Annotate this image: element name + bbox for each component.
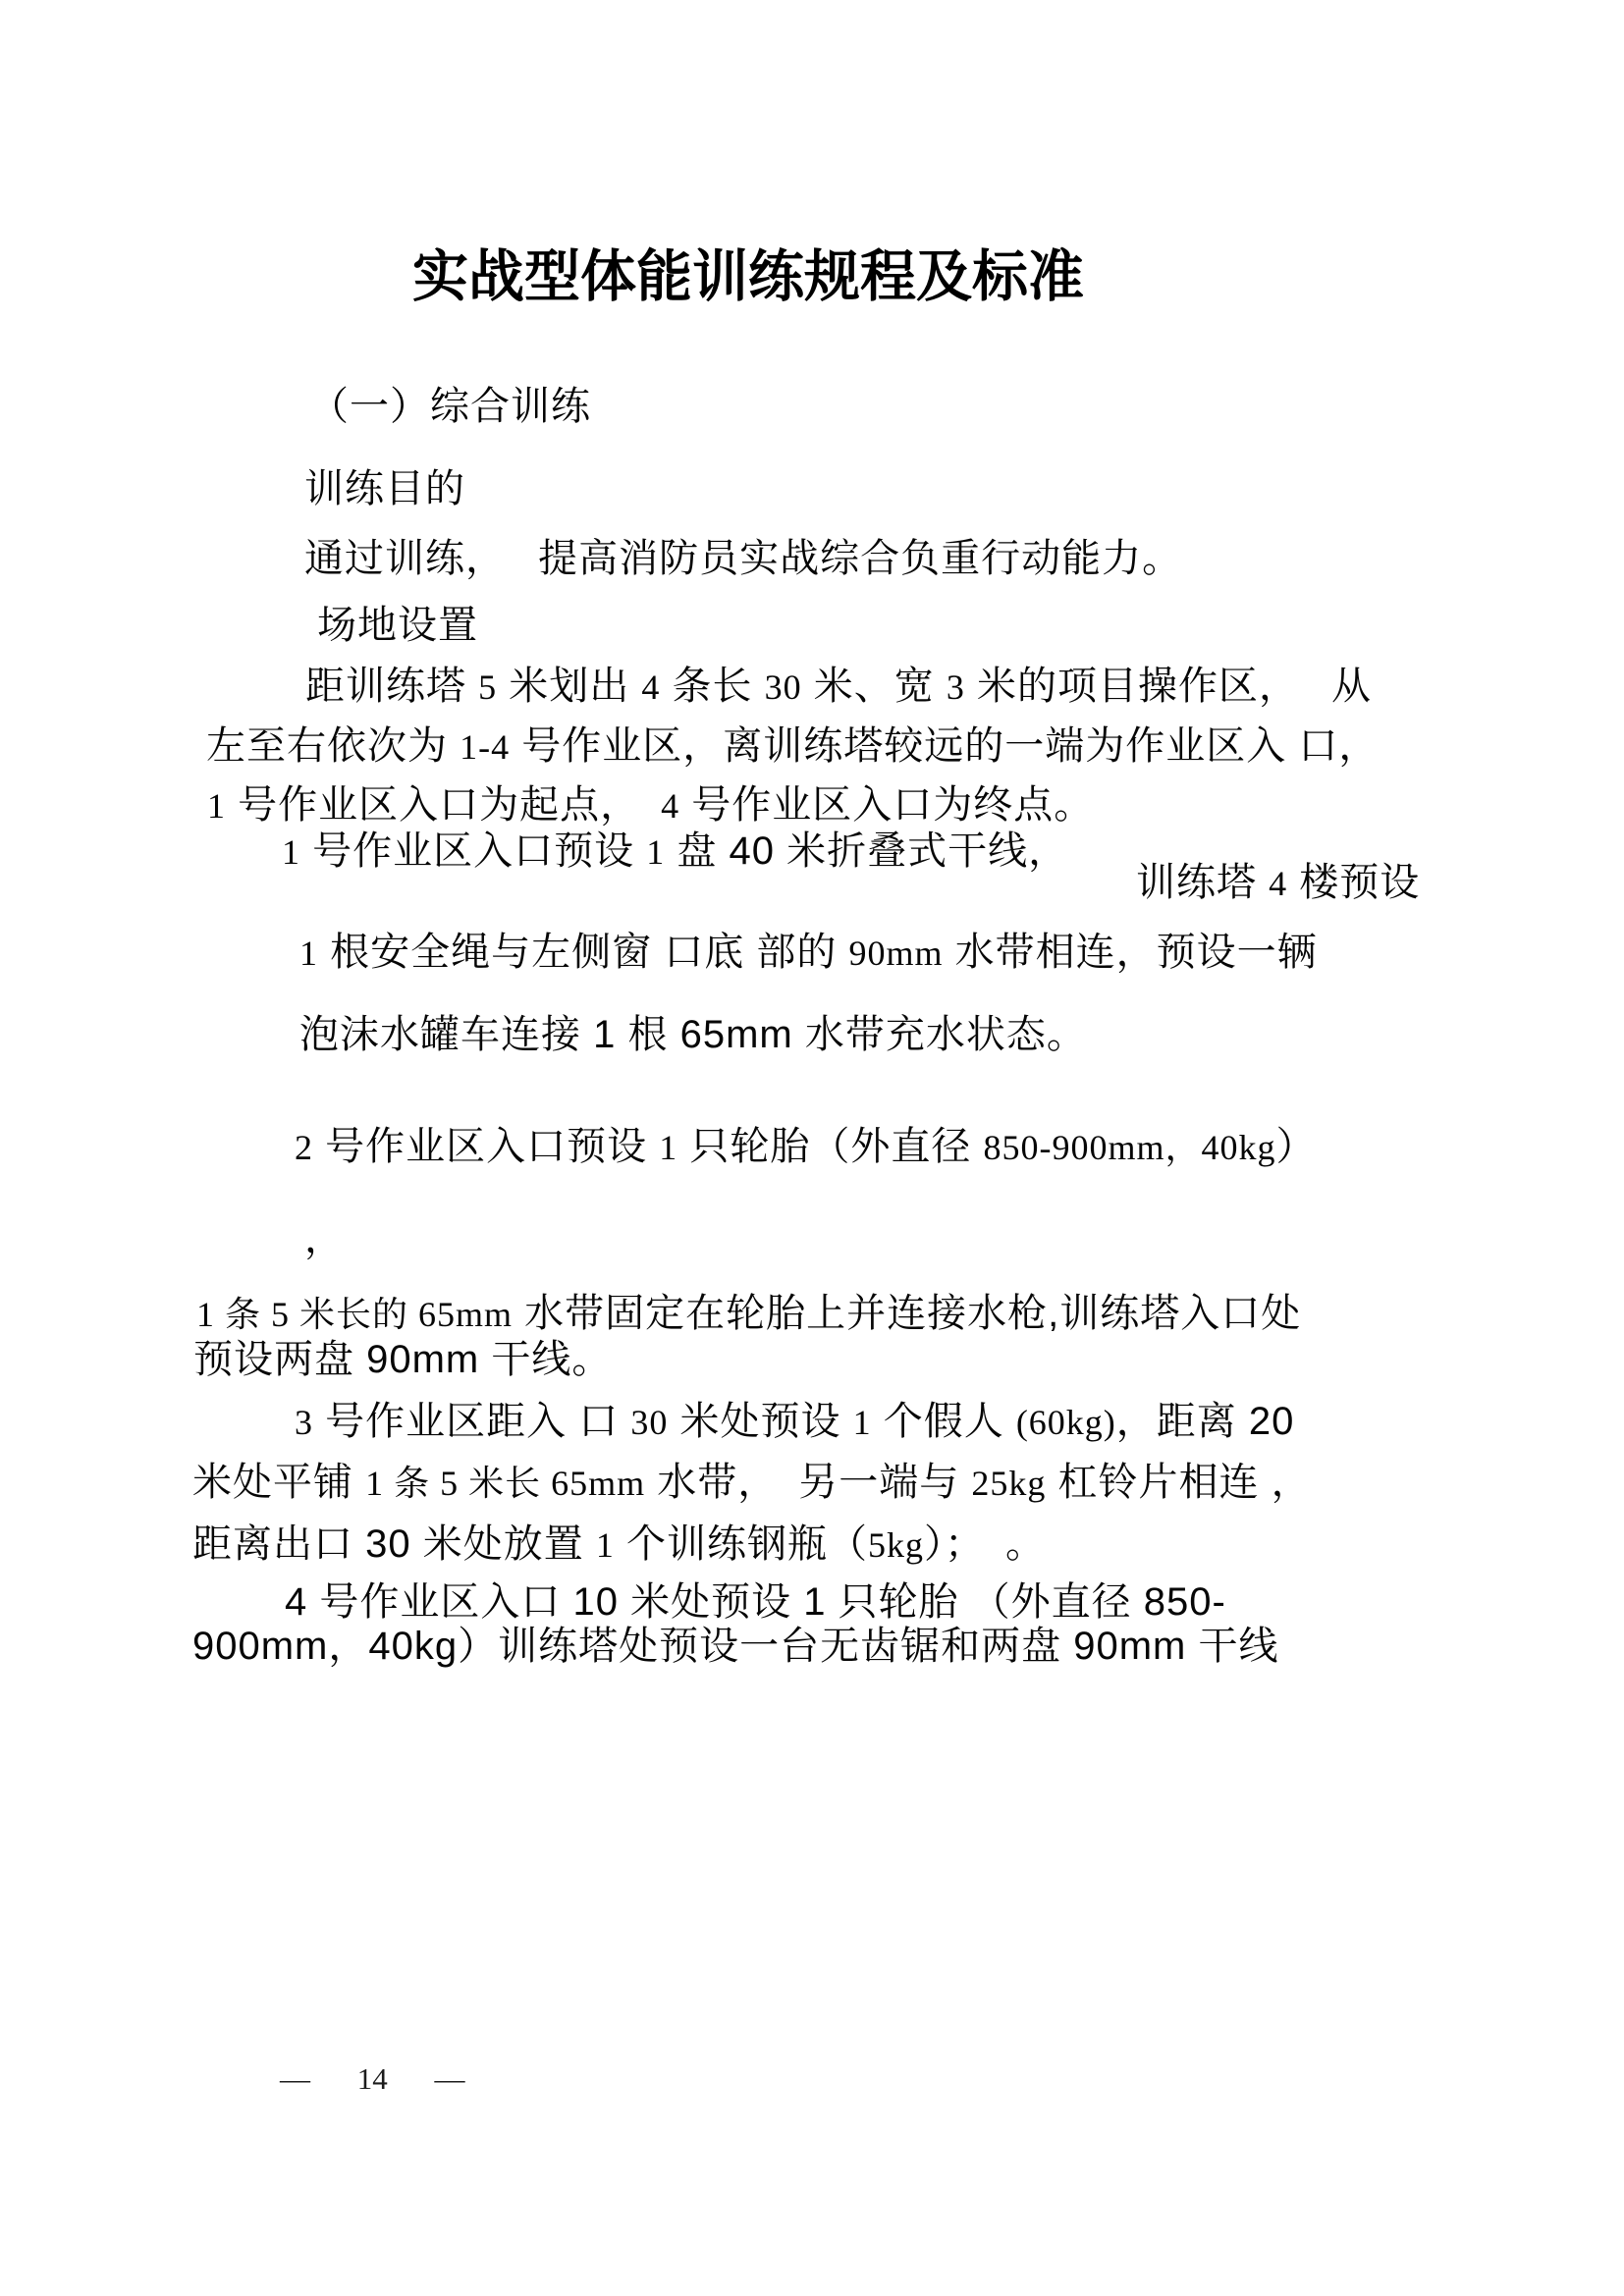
text-line: 训练塔 4 楼预设 — [1136, 861, 1420, 905]
text-run: 根安全绳与左侧窗 口底 部的 — [318, 931, 848, 974]
document-title: 实战型体能训练规程及标准 — [412, 232, 1084, 312]
text-run: 1 — [853, 1403, 872, 1442]
text-run: 训练塔 — [1136, 861, 1269, 904]
text-run: 1 — [646, 832, 665, 872]
text-run: 米划出 — [497, 665, 641, 708]
text-run: 号作业区入口为终点。 — [679, 783, 1094, 827]
text-line: 训练目的 — [304, 467, 465, 511]
text-run: 号作业区入口为起点， — [226, 783, 661, 827]
text-run: 泡沫水罐车连接 1 根 65mm 水带充水状态。 — [299, 1013, 1087, 1056]
text-run: 850-900mm，40kg — [983, 1128, 1275, 1167]
text-run: 预设两盘 90mm 干线。 — [193, 1338, 612, 1381]
text-run: 1 — [282, 832, 300, 872]
text-run: 30 — [630, 1403, 668, 1442]
text-run: 1 — [596, 1525, 615, 1565]
text-line: 距离出口 30 米处放置 1 个训练钢瓶（5kg）； 。 — [192, 1522, 1046, 1567]
text-run: 5 — [478, 667, 497, 707]
text-line: ， — [304, 1217, 345, 1261]
text-line: 米处平铺 1 条 5 米长 65mm 水带， 另一端与 25kg 杠铃片相连 ， — [192, 1461, 1312, 1505]
text-line: 1 号作业区入口预设 1 盘 40 米折叠式干线， — [282, 829, 1068, 874]
text-run: ） — [1275, 1125, 1316, 1168]
text-run: 水带， 另一端与 — [645, 1461, 971, 1504]
text-run: 4 号作业区入口 10 米处预设 1 只轮胎 （外直径 850- — [285, 1580, 1226, 1624]
text-run: 90mm — [848, 934, 943, 973]
text-run: 水带相连，预设一辆 — [943, 931, 1317, 974]
text-run: 个假人 — [872, 1400, 1016, 1443]
text-run: 号作业区入口预设 — [313, 1125, 659, 1168]
text-run: 4 — [641, 667, 660, 707]
text-run: 训练目的 — [304, 467, 465, 510]
text-run: 2 — [295, 1128, 313, 1167]
text-line: 预设两盘 90mm 干线。 — [193, 1338, 612, 1382]
text-line: 3 号作业区距入 口 30 米处预设 1 个假人 (60kg)，距离 20 — [295, 1400, 1294, 1444]
text-line: 1 号作业区入口为起点， 4 号作业区入口为终点。 — [207, 783, 1094, 828]
text-line: 泡沫水罐车连接 1 根 65mm 水带充水状态。 — [299, 1013, 1087, 1057]
text-run: 米的项目操作区， 从 — [965, 665, 1372, 708]
text-run: 号作业区入口预设 — [300, 829, 646, 873]
text-run: 距离出口 30 米处放置 — [192, 1522, 596, 1566]
text-run: 1 条 5 米长 65mm — [365, 1464, 645, 1503]
text-run: 号作业区，离训练塔较远的一端为作业区入 口， — [510, 724, 1379, 768]
text-line: 2 号作业区入口预设 1 只轮胎（外直径 850-900mm，40kg） — [295, 1125, 1316, 1169]
text-run: 米处平铺 — [192, 1461, 365, 1504]
text-run: 杠铃片相连 ， — [1046, 1461, 1311, 1504]
text-run: 条长 — [660, 665, 764, 708]
text-run: 楼预设 — [1287, 861, 1420, 904]
text-line: 左至右依次为 1-4 号作业区，离训练塔较远的一端为作业区入 口， — [206, 724, 1379, 769]
text-run: 距训练塔 — [305, 665, 478, 708]
text-run: ）； 。 — [924, 1522, 1046, 1566]
text-run: 左至右依次为 — [206, 724, 460, 768]
text-run: 1 — [299, 934, 318, 973]
text-run: 1 — [207, 786, 226, 826]
text-run: 25kg — [971, 1464, 1046, 1503]
text-run: 900mm，40kg）训练塔处预设一台无齿锯和两盘 90mm 干线 — [192, 1625, 1278, 1668]
text-run: (60kg) — [1016, 1403, 1116, 1442]
document-page: 实战型体能训练规程及标准 （一）综合训练 训练目的通过训练， 提高消防员实战综合… — [0, 0, 1624, 2296]
text-run: 米、宽 — [802, 665, 947, 708]
text-run: 个训练钢瓶（ — [615, 1522, 868, 1566]
text-run: 米处预设 — [668, 1400, 852, 1443]
text-run: 场地设置 — [317, 604, 478, 647]
text-run: 4 — [1269, 864, 1287, 903]
text-line: 4 号作业区入口 10 米处预设 1 只轮胎 （外直径 850- — [285, 1580, 1226, 1625]
text-run: 4 — [661, 786, 679, 826]
text-line: 1 根安全绳与左侧窗 口底 部的 90mm 水带相连，预设一辆 — [299, 931, 1318, 975]
text-run: ，距离 20 — [1116, 1400, 1295, 1443]
text-run: 5kg — [868, 1525, 924, 1565]
text-run: 号作业区距入 口 — [313, 1400, 630, 1443]
text-line: 1 条 5 米长的 65mm 水带固定在轮胎上并连接水枪,训练塔入口处 — [196, 1292, 1301, 1336]
text-line: 通过训练， 提高消防员实战综合负重行动能力。 — [304, 537, 1182, 581]
text-run: 30 — [765, 667, 802, 707]
text-run: 1-4 — [460, 727, 510, 767]
text-run: 1 条 5 米长的 65mm — [196, 1295, 513, 1334]
text-run: ， — [304, 1217, 345, 1260]
text-run: 3 — [295, 1403, 313, 1442]
section-heading: （一）综合训练 — [309, 375, 591, 431]
text-run: 通过训练， 提高消防员实战综合负重行动能力。 — [304, 537, 1182, 580]
text-line: 场地设置 — [317, 604, 478, 648]
text-run: 3 — [947, 667, 965, 707]
text-run: 水带固定在轮胎上并连接水枪,训练塔入口处 — [513, 1292, 1301, 1335]
text-line: 900mm，40kg）训练塔处预设一台无齿锯和两盘 90mm 干线 — [192, 1625, 1278, 1669]
text-run: 盘 40 米折叠式干线， — [665, 829, 1068, 873]
text-run: 1 — [659, 1128, 677, 1167]
page-number: — 14 — — [280, 2061, 465, 2097]
text-line: 距训练塔 5 米划出 4 条长 30 米、宽 3 米的项目操作区， 从 — [305, 665, 1372, 709]
text-run: 只轮胎（外直径 — [677, 1125, 983, 1168]
